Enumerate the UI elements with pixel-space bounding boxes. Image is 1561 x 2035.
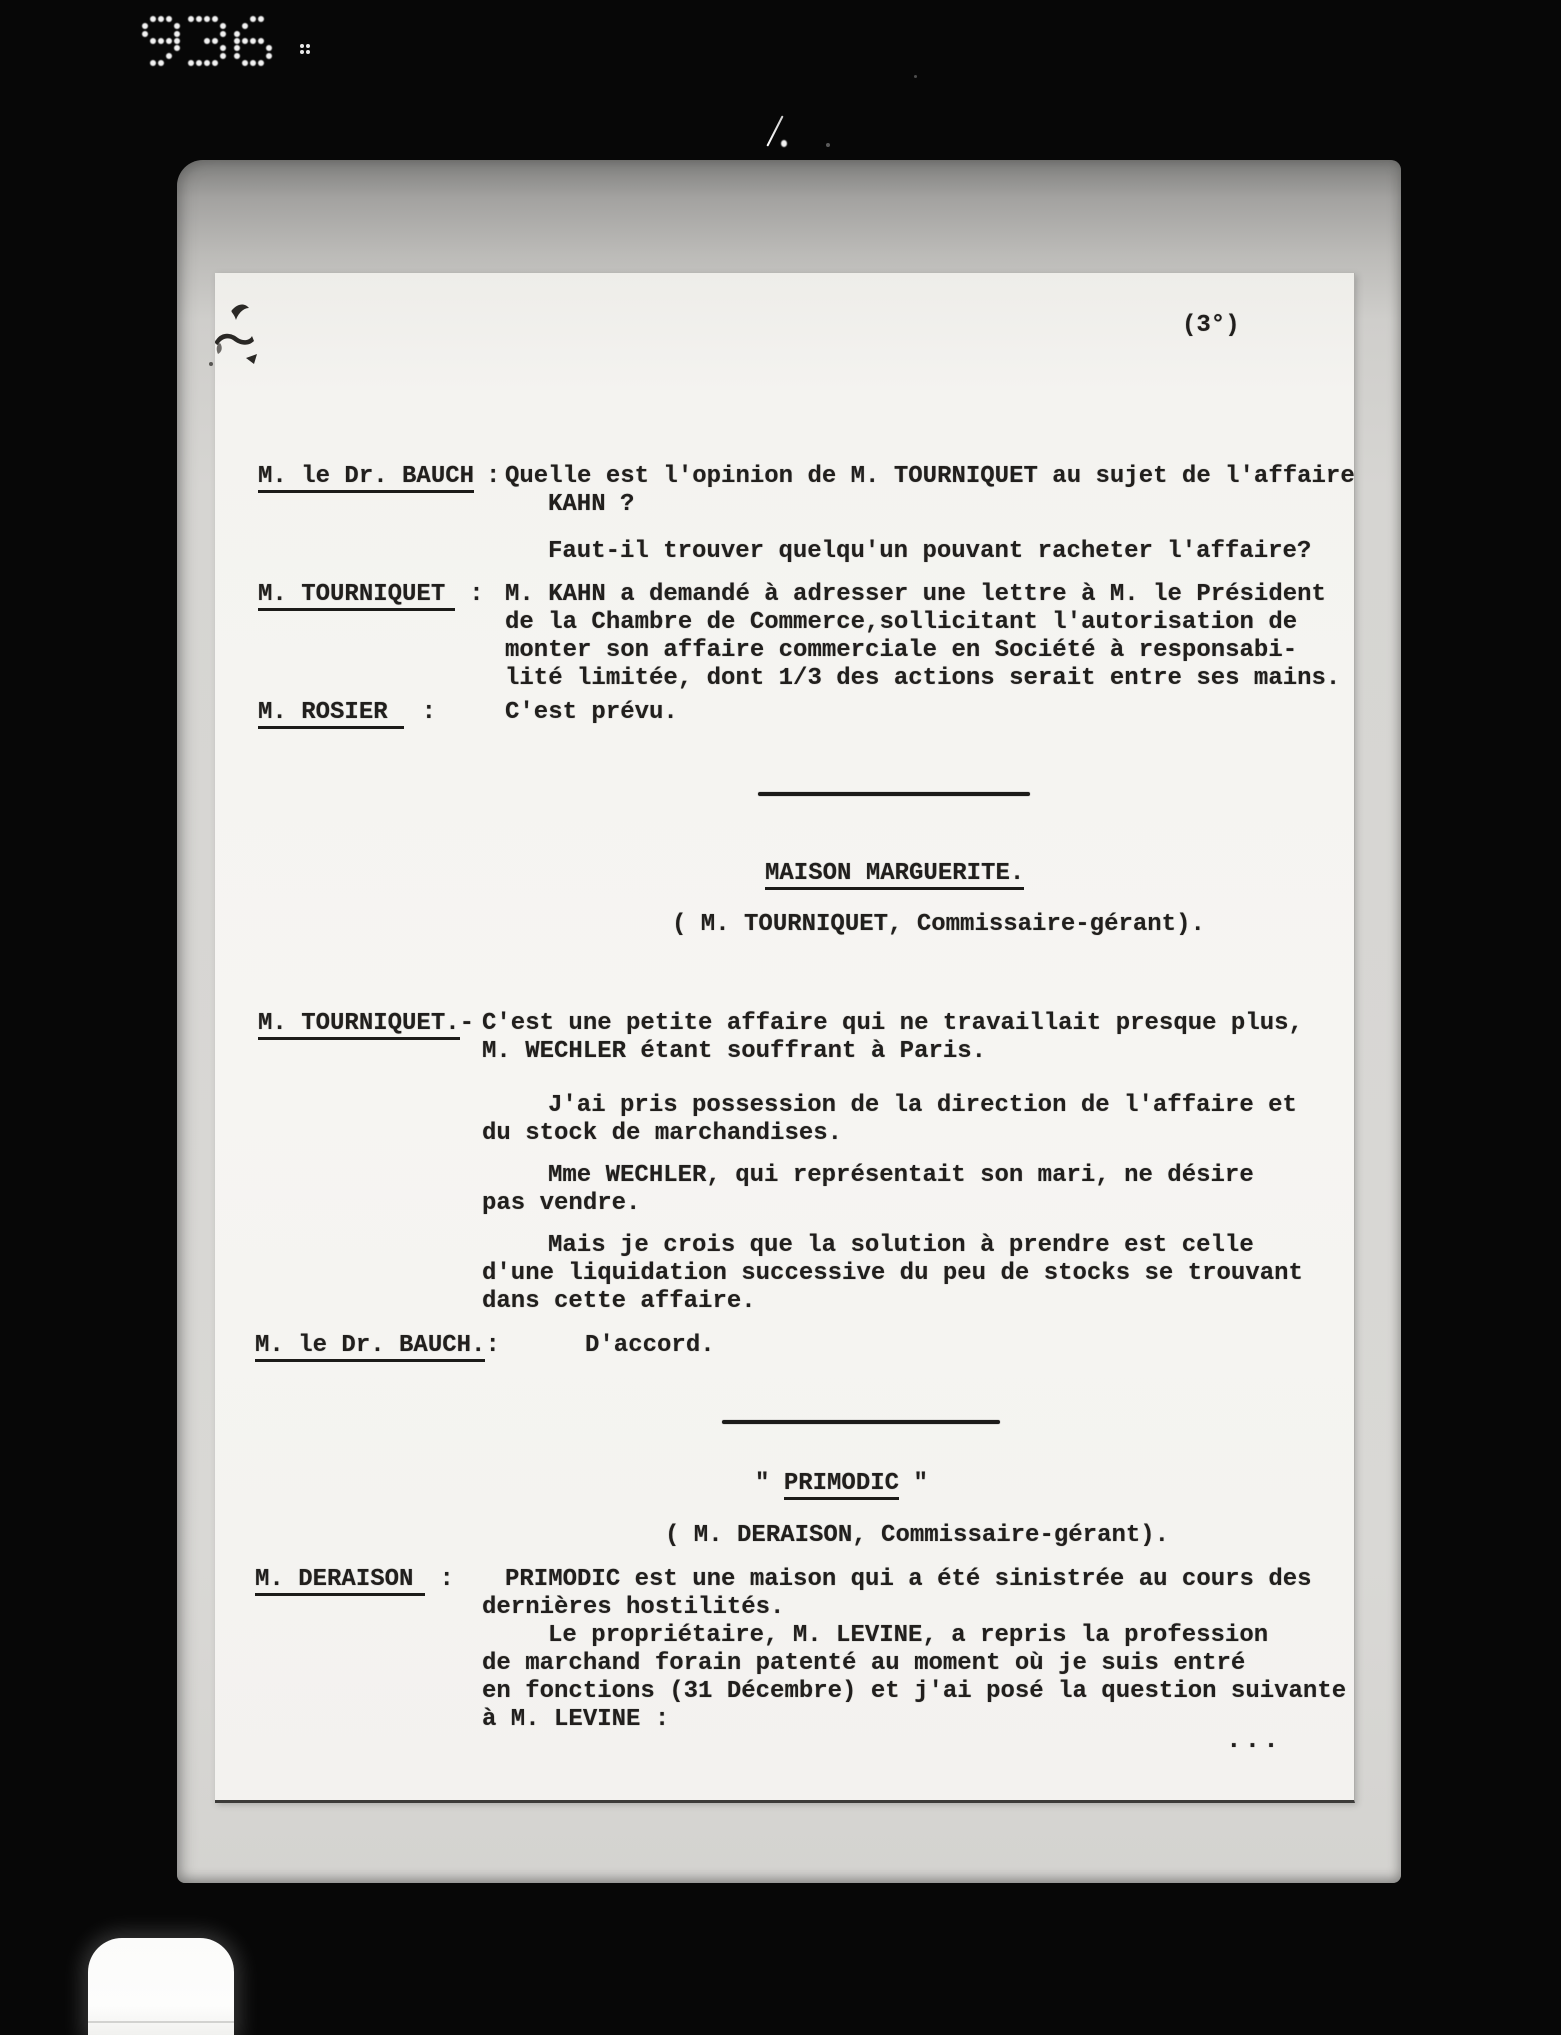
- page-marker: (3°): [1182, 312, 1240, 340]
- speaker-label-tourniquet: M. TOURNIQUET:: [258, 581, 484, 611]
- section-subtitle: ( M. TOURNIQUET, Commissaire-gérant).: [672, 911, 1205, 939]
- dialogue-line: C'est prévu.: [505, 699, 678, 727]
- dialogue-line: de la Chambre de Commerce,sollicitant l'…: [505, 609, 1297, 637]
- ink-scribble-icon: [205, 297, 267, 381]
- dialogue-line: Mais je crois que la solution à prendre …: [548, 1232, 1254, 1260]
- continuation-dots: ...: [1226, 1726, 1282, 1754]
- dialogue-line: PRIMODIC est une maison qui a été sinist…: [505, 1566, 1312, 1594]
- dialogue-line: D'accord.: [585, 1332, 715, 1360]
- microfilm-frame: (3°) M. le Dr. BAUCH: Quelle est l'opini…: [0, 0, 1561, 2035]
- section-divider: [722, 1420, 1000, 1424]
- film-speck: [826, 143, 830, 147]
- dialogue-line: monter son affaire commerciale en Sociét…: [505, 637, 1297, 665]
- speaker-label-bauch: M. le Dr. BAUCH.:: [255, 1332, 500, 1362]
- film-edge-artifact: [88, 1938, 234, 2035]
- speaker-label-rosier: M. ROSIER:: [258, 699, 436, 729]
- dialogue-line: J'ai pris possession de la direction de …: [548, 1092, 1297, 1120]
- dialogue-line: à M. LEVINE :: [482, 1706, 669, 1734]
- section-title: " PRIMODIC ": [755, 1470, 928, 1500]
- dialogue-line: de marchand forain patenté au moment où …: [482, 1650, 1245, 1678]
- dialogue-line: d'une liquidation successive du peu de s…: [482, 1260, 1303, 1288]
- film-scratch: [781, 140, 787, 147]
- film-edge-artifact-line: [88, 2021, 234, 2023]
- speaker-label-bauch: M. le Dr. BAUCH:: [258, 463, 500, 493]
- dialogue-line: Faut-il trouver quelqu'un pouvant rachet…: [548, 538, 1311, 566]
- speaker-label-deraison: M. DERAISON:: [255, 1566, 454, 1596]
- dialogue-line: dernières hostilités.: [482, 1594, 784, 1622]
- dialogue-line: Mme WECHLER, qui représentait son mari, …: [548, 1162, 1254, 1190]
- dialogue-line: C'est une petite affaire qui ne travaill…: [482, 1010, 1303, 1038]
- dialogue-line: en fonctions (31 Décembre) et j'ai posé …: [482, 1678, 1346, 1706]
- dialogue-line: dans cette affaire.: [482, 1288, 756, 1316]
- section-subtitle: ( M. DERAISON, Commissaire-gérant).: [665, 1522, 1169, 1550]
- dialogue-line: KAHN ?: [548, 491, 634, 519]
- dialogue-line: M. KAHN a demandé à adresser une lettre …: [505, 581, 1326, 609]
- speaker-label-tourniquet: M. TOURNIQUET.-: [258, 1010, 474, 1040]
- dialogue-line: pas vendre.: [482, 1190, 640, 1218]
- dialogue-line: Le propriétaire, M. LEVINE, a repris la …: [548, 1622, 1268, 1650]
- film-frame-number: [142, 16, 292, 68]
- dialogue-line: du stock de marchandises.: [482, 1120, 842, 1148]
- film-end-mark-icon: [300, 44, 304, 48]
- dialogue-line: M. WECHLER étant souffrant à Paris.: [482, 1038, 986, 1066]
- dialogue-line: lité limitée, dont 1/3 des actions serai…: [505, 665, 1340, 693]
- film-speck: [914, 75, 917, 78]
- section-divider: [758, 792, 1030, 796]
- section-title: MAISON MARGUERITE.: [765, 860, 1024, 890]
- dialogue-line: Quelle est l'opinion de M. TOURNIQUET au…: [505, 463, 1355, 491]
